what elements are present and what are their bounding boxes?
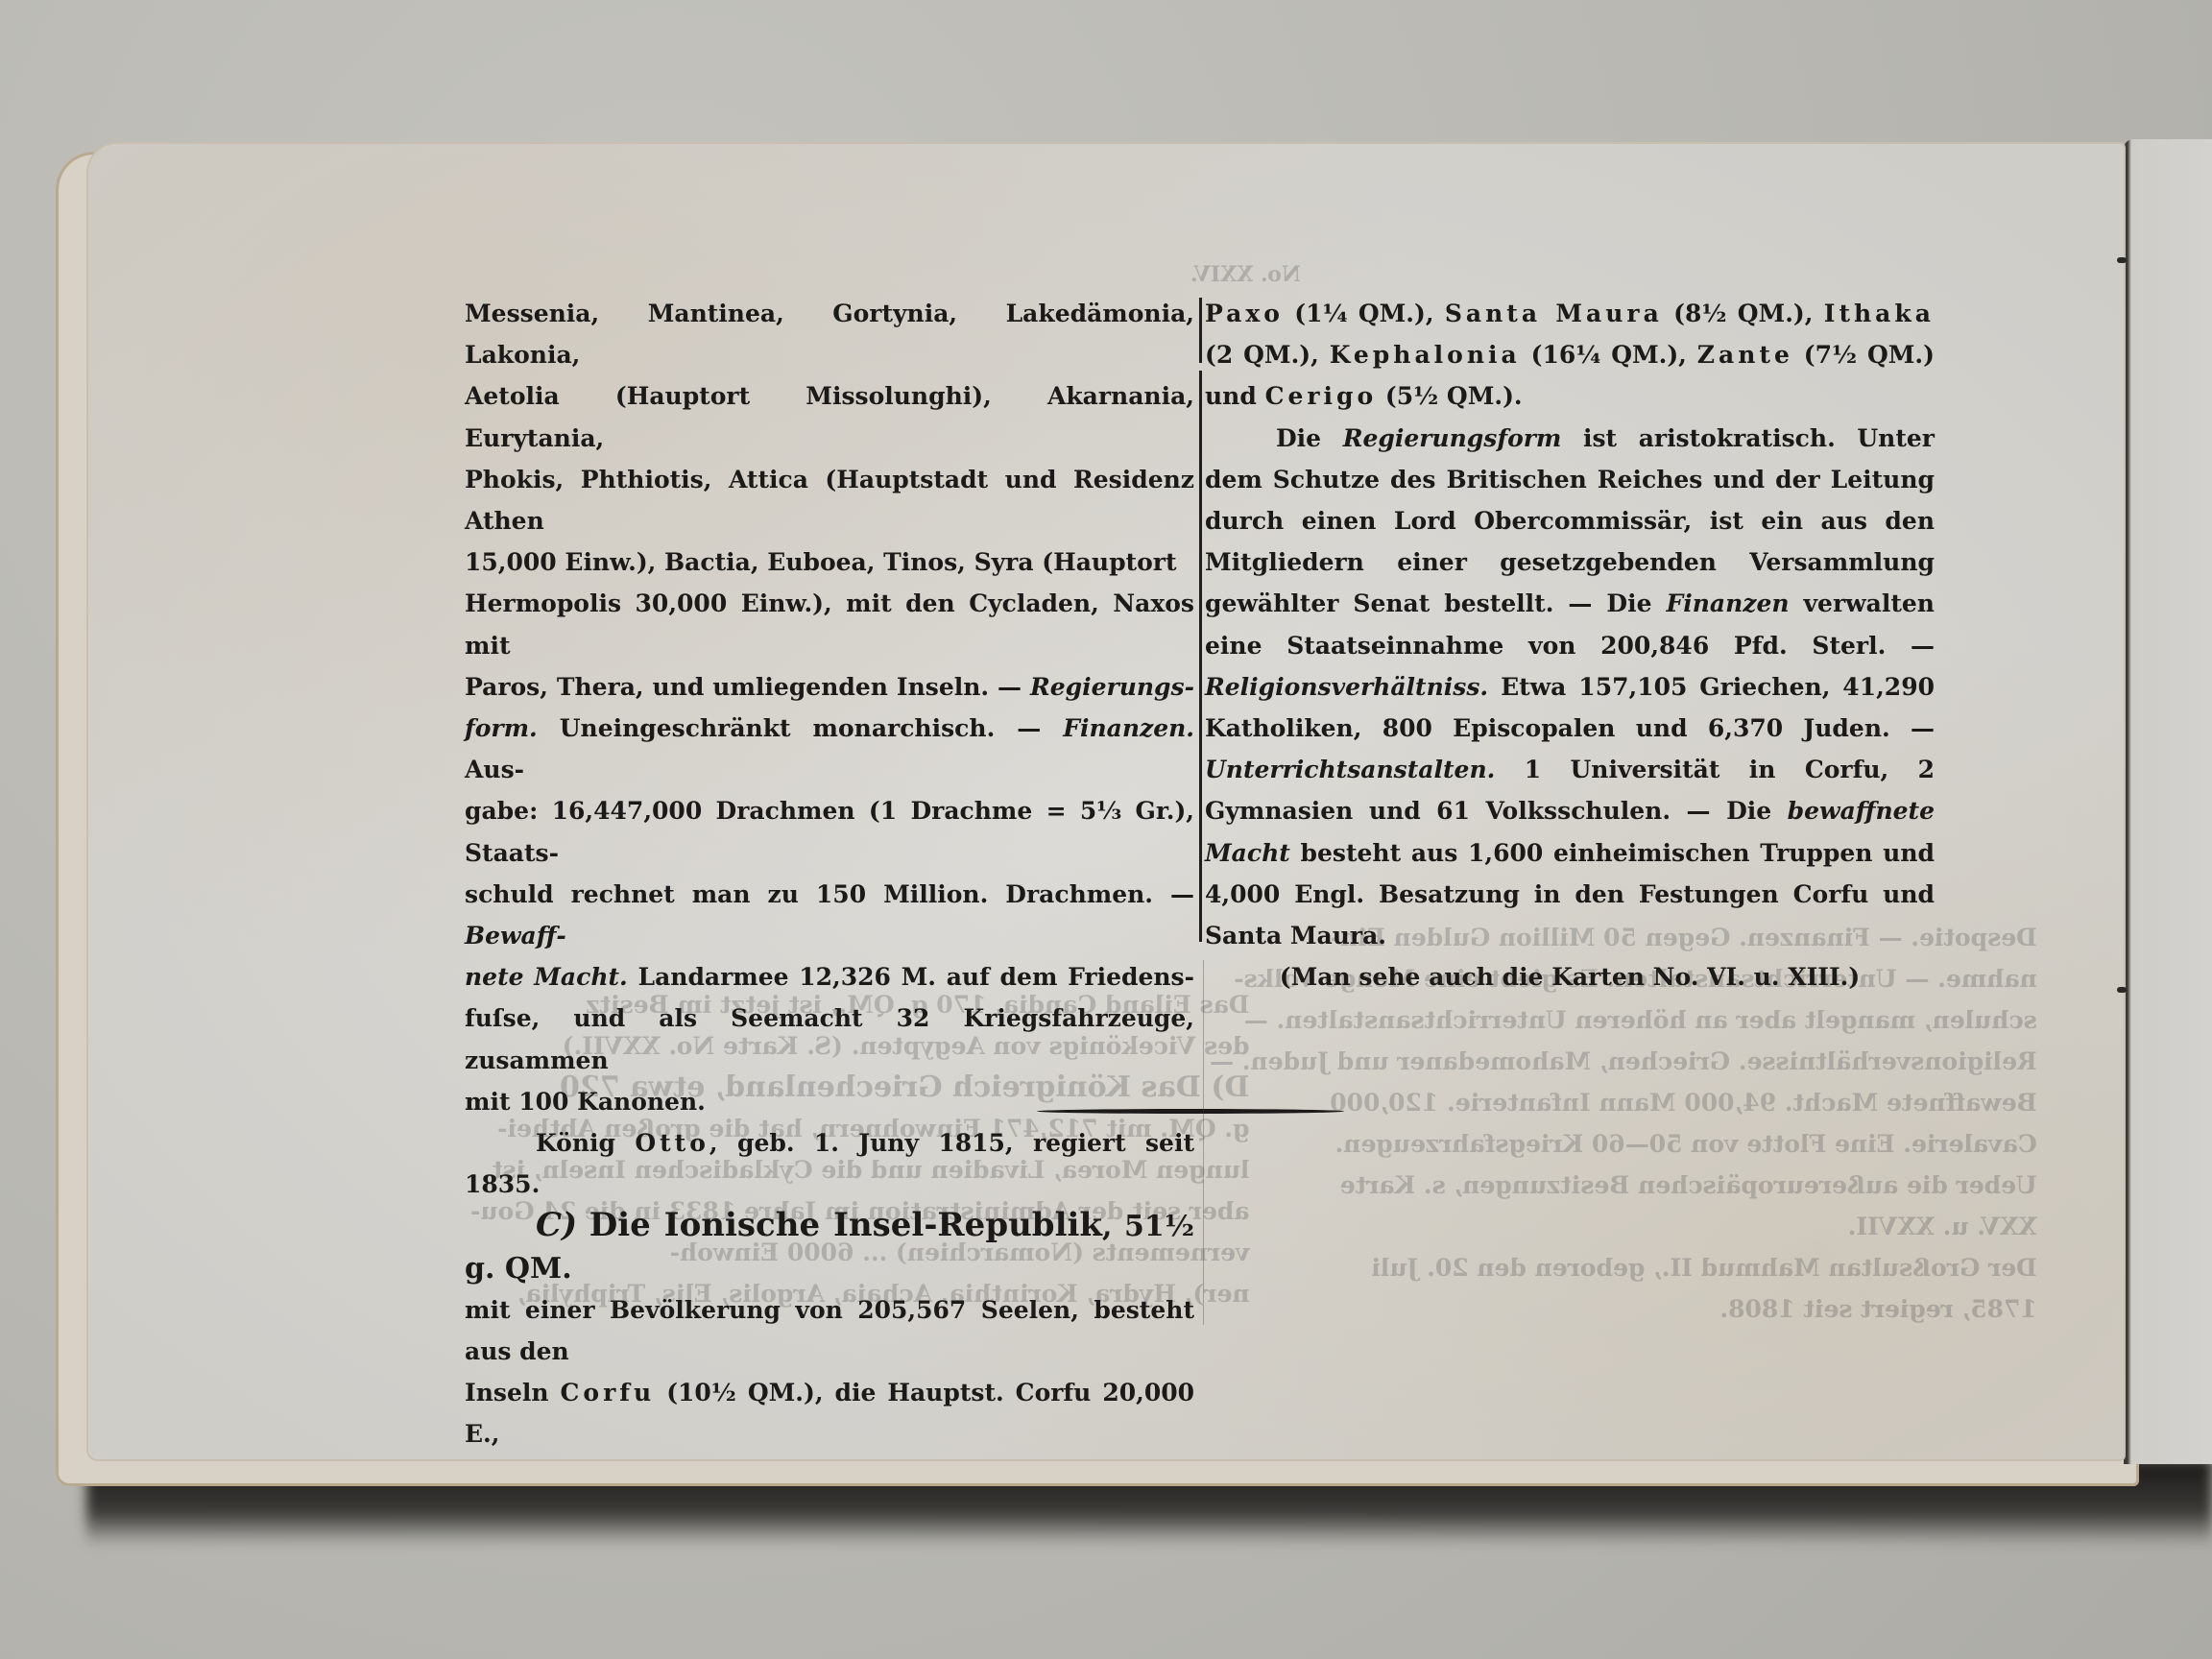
text-line: Messenia, Mantinea, Gortynia, Lakedämoni… [465,293,1194,375]
binding-stitch [2117,987,2127,993]
text-line: mit einer Bevölkerung von 205,567 Seelen… [465,1289,1194,1372]
text-line: nete Macht. Landarmee 12,326 M. auf dem … [465,956,1194,998]
text-line: 15,000 Einw.), Bactia, Euboea, Tinos, Sy… [465,541,1194,583]
text-line: schuld rechnet man zu 150 Million. Drach… [465,874,1194,956]
text-line: fuſse, und als Seemacht 32 Kriegsfahrzeu… [465,998,1194,1080]
text-line: Inseln Corfu (10½ QM.), die Hauptst. Cor… [465,1372,1194,1455]
paragraph-regierung: Die Regierungsform ist aristokratisch. U… [1205,418,1935,957]
text-line: Paros, Thera, und umliegenden Inseln. — … [465,666,1194,708]
text-line: Phokis, Phthiotis, Attica (Hauptstadt un… [465,459,1194,541]
text-line: Aetolia (Hauptort Missolunghi), Akarnani… [465,375,1194,458]
king-line: König Otto, geb. 1. Juny 1815, regiert s… [465,1122,1194,1205]
text-line: Hermopolis 30,000 Einw.), mit den Cyclad… [465,583,1194,665]
binding-stitch [2117,257,2127,263]
text-line: und Cerigo (5½ QM.). [1205,375,1935,417]
facing-page-edge [2124,139,2212,1464]
column-divider [1199,371,1202,942]
right-column: Paxo (1¼ QM.), Santa Maura (8½ QM.), Ith… [1205,293,1935,998]
text-line: mit 100 Kanonen. [465,1081,1194,1122]
text-line: form. Uneingeschränkt monarchisch. — Fin… [465,708,1194,790]
text-line: gabe: 16,447,000 Drachmen (1 Drachme = 5… [465,790,1194,873]
see-also-note: (Man sehe auch die Karten No. VI. u. XII… [1205,956,1935,998]
text-line: (2 QM.), Kephalonia (16¼ QM.), Zante (7½… [1205,334,1935,375]
left-column: Messenia, Mantinea, Gortynia, Lakedämoni… [465,293,1194,1455]
showthrough-running-head: No. XXIV. [1190,254,1301,296]
section-heading-c: C) Die Ionische Insel-Republik, 51½ g. Q… [465,1205,1194,1288]
showthrough-divider [1203,960,1204,1325]
column-divider [1199,298,1202,363]
text-line: Paxo (1¼ QM.), Santa Maura (8½ QM.), Ith… [1205,293,1935,334]
